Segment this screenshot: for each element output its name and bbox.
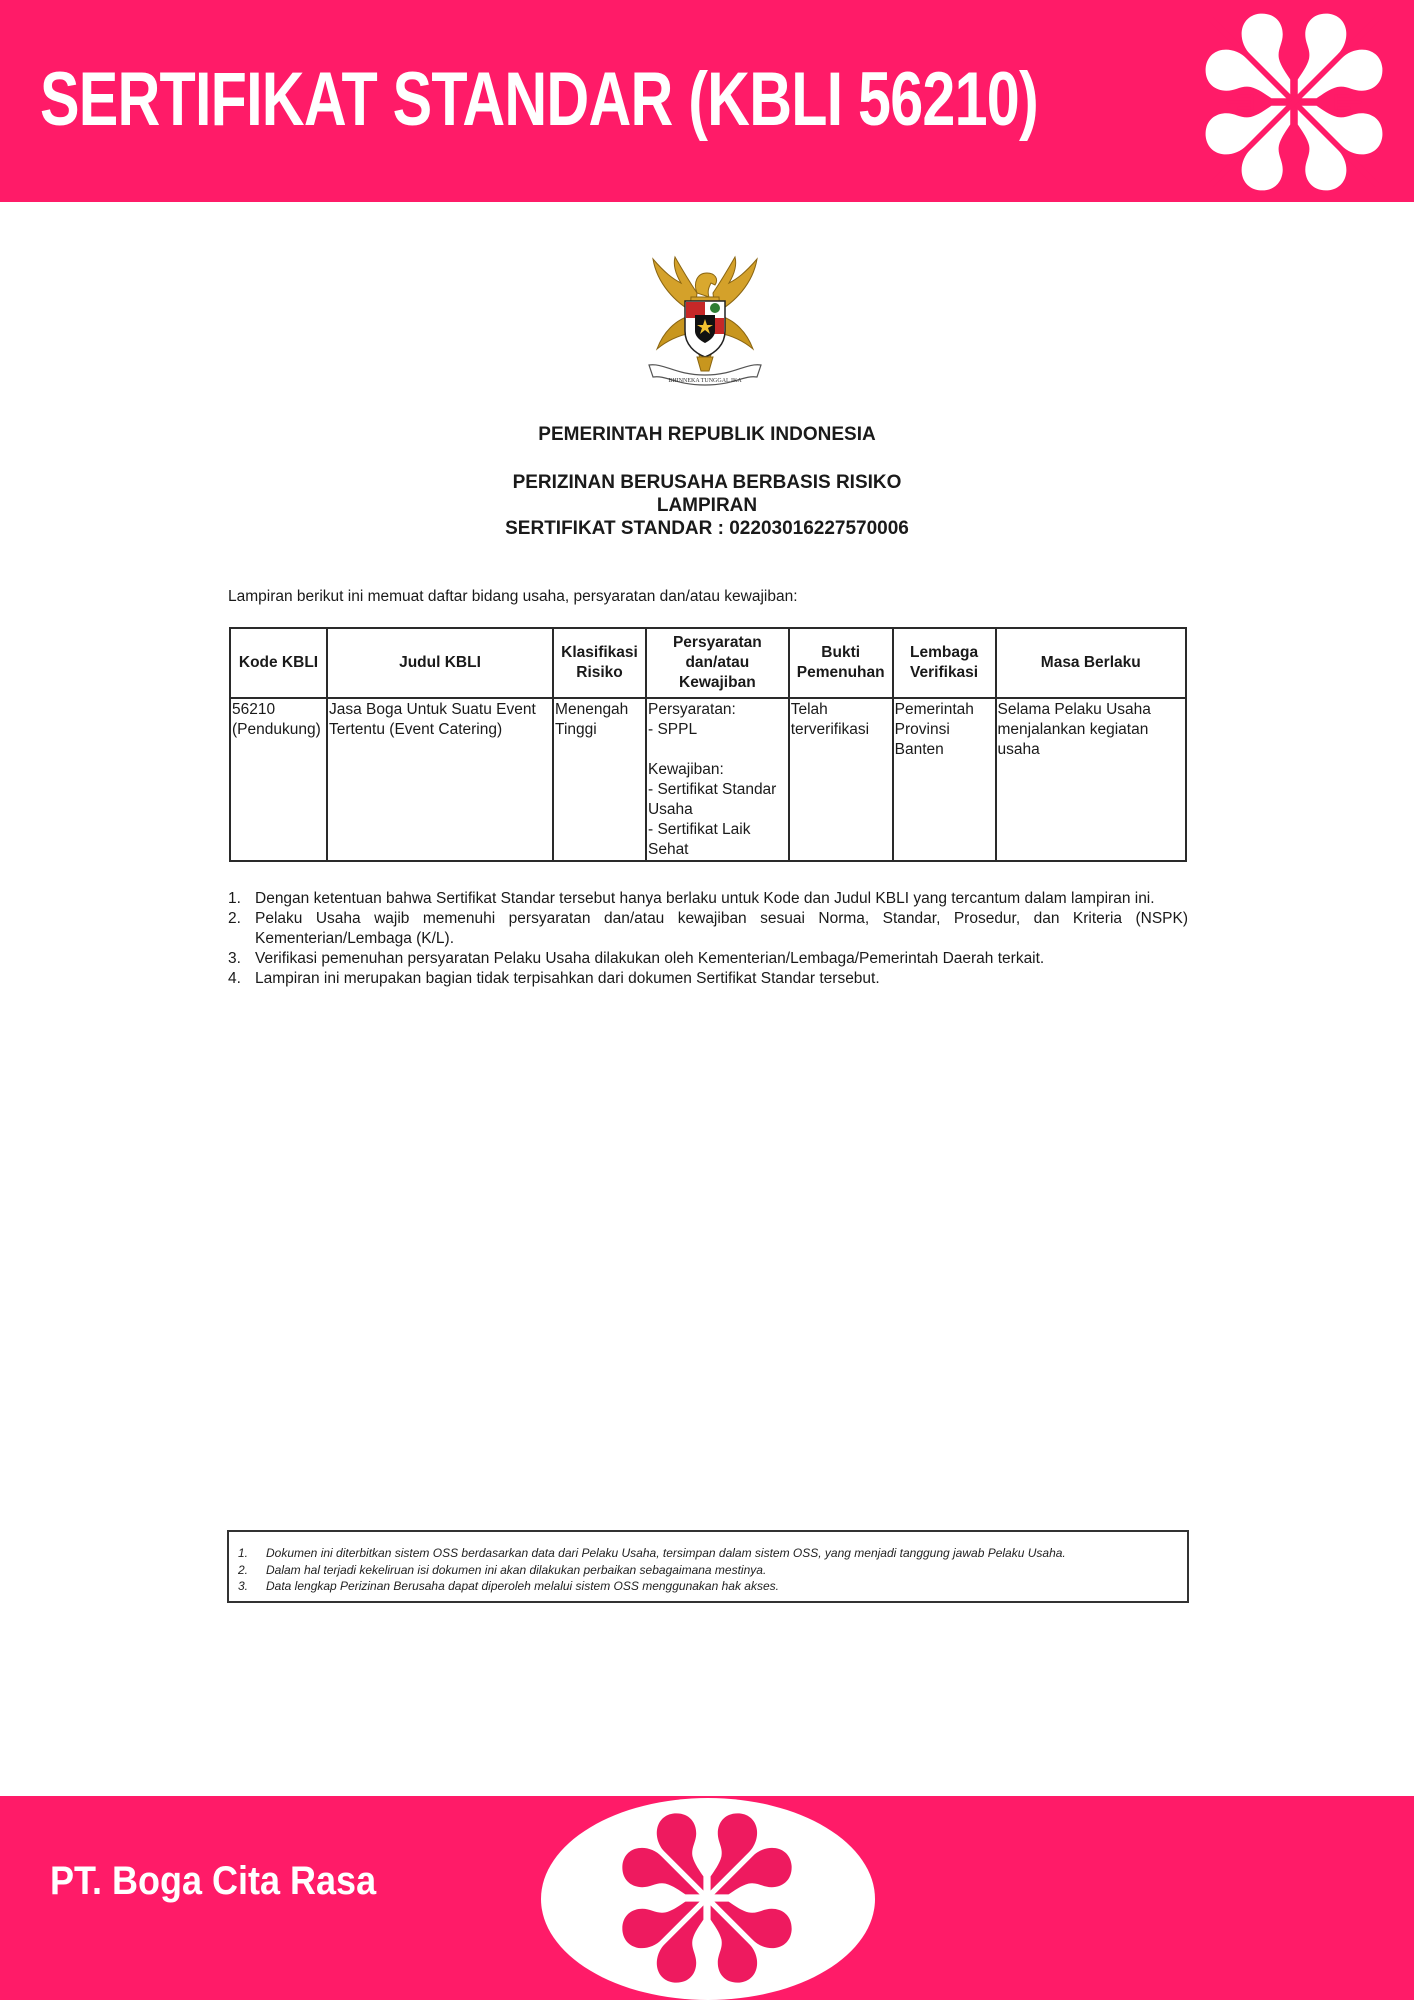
column-header: Lembaga Verifikasi — [893, 628, 996, 698]
svg-text:BHINNEKA TUNGGAL IKA: BHINNEKA TUNGGAL IKA — [668, 378, 742, 384]
company-name: PT. Boga Cita Rasa — [50, 1856, 376, 1906]
garuda-pancasila-emblem-icon: BHINNEKA TUNGGAL IKA — [635, 253, 775, 393]
note-number: 4. — [228, 969, 241, 989]
disclaimer-text: Data lengkap Perizinan Berusaha dapat di… — [266, 1579, 779, 1593]
page-title: SERTIFIKAT STANDAR (KBLI 56210) — [40, 52, 1038, 148]
note-number: 2. — [228, 909, 241, 929]
disclaimer-item: 2.Dalam hal terjadi kekeliruan isi dokum… — [238, 1562, 1179, 1579]
notes-list: 1.Dengan ketentuan bahwa Sertifikat Stan… — [228, 889, 1188, 989]
top-banner: SERTIFIKAT STANDAR (KBLI 56210) — [0, 0, 1414, 202]
cell-kode-kbli: 56210 (Pendukung) — [230, 698, 327, 861]
disclaimer-item: 1.Dokumen ini diterbitkan sistem OSS ber… — [238, 1545, 1179, 1562]
column-header: Klasifikasi Risiko — [553, 628, 646, 698]
disclaimer-text: Dokumen ini diterbitkan sistem OSS berda… — [266, 1546, 1066, 1560]
disclaimer-box: 1.Dokumen ini diterbitkan sistem OSS ber… — [227, 1530, 1189, 1603]
disclaimer-list: 1.Dokumen ini diterbitkan sistem OSS ber… — [238, 1545, 1179, 1595]
catering-flower-logo-icon — [1200, 8, 1388, 196]
document-title-block: PERIZINAN BERUSAHA BERBASIS RISIKO LAMPI… — [0, 471, 1414, 540]
note-number: 1. — [228, 889, 241, 909]
table-header-row: Kode KBLI Judul KBLI Klasifikasi Risiko … — [230, 628, 1186, 698]
note-item: 4.Lampiran ini merupakan bagian tidak te… — [228, 969, 1188, 989]
note-item: 2.Pelaku Usaha wajib memenuhi persyarata… — [228, 909, 1188, 949]
disclaimer-number: 3. — [238, 1578, 248, 1595]
cell-lembaga-verifikasi: Pemerintah Provinsi Banten — [893, 698, 996, 861]
cell-judul-kbli: Jasa Boga Untuk Suatu Event Tertentu (Ev… — [327, 698, 553, 861]
disclaimer-number: 2. — [238, 1562, 248, 1579]
intro-text: Lampiran berikut ini memuat daftar bidan… — [228, 588, 798, 606]
certificate-number: SERTIFIKAT STANDAR : 02203016227570006 — [0, 517, 1414, 540]
government-heading: PEMERINTAH REPUBLIK INDONESIA — [0, 424, 1414, 446]
note-item: 1.Dengan ketentuan bahwa Sertifikat Stan… — [228, 889, 1188, 909]
column-header: Bukti Pemenuhan — [789, 628, 893, 698]
document-subtitle: LAMPIRAN — [0, 494, 1414, 517]
disclaimer-number: 1. — [238, 1545, 248, 1562]
kbli-table: Kode KBLI Judul KBLI Klasifikasi Risiko … — [229, 627, 1187, 862]
note-text: Pelaku Usaha wajib memenuhi persyaratan … — [255, 910, 1188, 947]
disclaimer-item: 3.Data lengkap Perizinan Berusaha dapat … — [238, 1578, 1179, 1595]
disclaimer-text: Dalam hal terjadi kekeliruan isi dokumen… — [266, 1563, 766, 1577]
note-number: 3. — [228, 949, 241, 969]
column-header: Kode KBLI — [230, 628, 327, 698]
column-header: Persyaratan dan/atau Kewajiban — [646, 628, 789, 698]
cell-masa-berlaku: Selama Pelaku Usaha menjalankan kegiatan… — [996, 698, 1186, 861]
note-text: Dengan ketentuan bahwa Sertifikat Standa… — [255, 890, 1155, 907]
column-header: Masa Berlaku — [996, 628, 1186, 698]
note-text: Lampiran ini merupakan bagian tidak terp… — [255, 970, 880, 987]
cell-klasifikasi-risiko: Menengah Tinggi — [553, 698, 646, 861]
cell-persyaratan: Persyaratan: - SPPL Kewajiban: - Sertifi… — [646, 698, 789, 861]
note-text: Verifikasi pemenuhan persyaratan Pelaku … — [255, 950, 1044, 967]
catering-flower-logo-icon — [617, 1808, 797, 1988]
table-row: 56210 (Pendukung) Jasa Boga Untuk Suatu … — [230, 698, 1186, 861]
document-title: PERIZINAN BERUSAHA BERBASIS RISIKO — [0, 471, 1414, 494]
cell-bukti-pemenuhan: Telah terverifikasi — [789, 698, 893, 861]
bottom-banner: PT. Boga Cita Rasa — [0, 1796, 1414, 2000]
note-item: 3.Verifikasi pemenuhan persyaratan Pelak… — [228, 949, 1188, 969]
column-header: Judul KBLI — [327, 628, 553, 698]
